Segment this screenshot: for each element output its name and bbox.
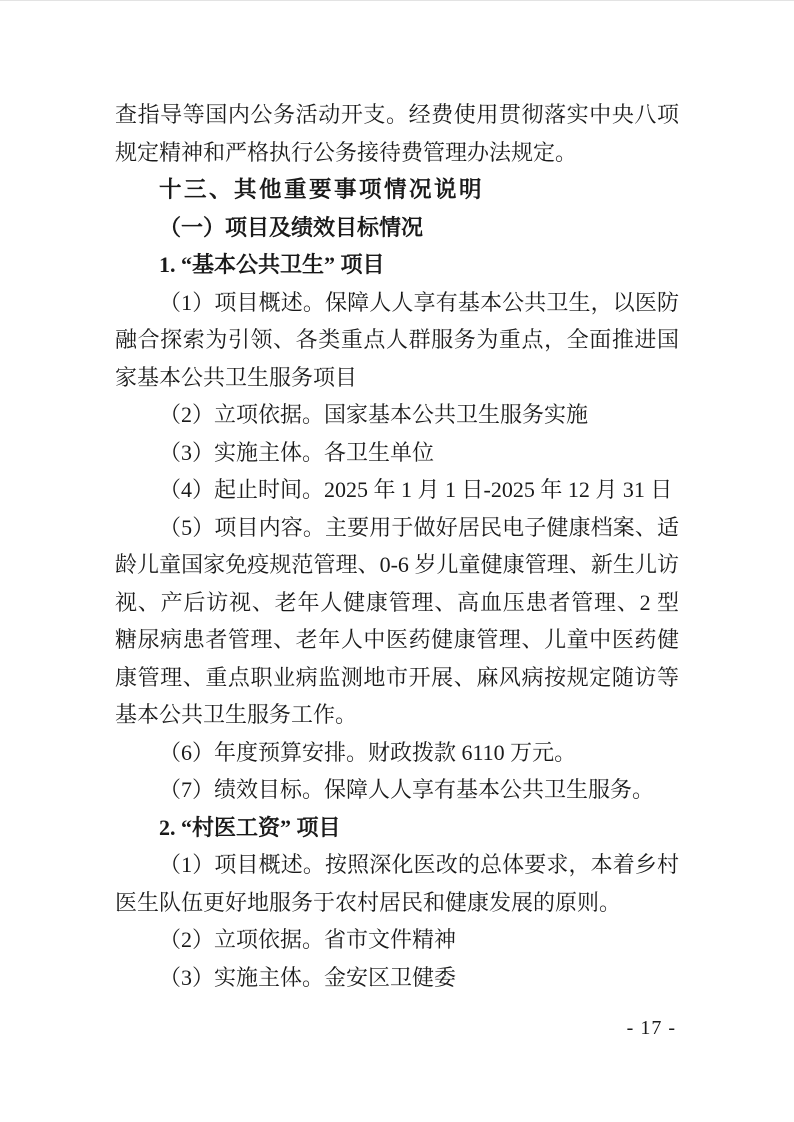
paragraph-project2-overview: （1）项目概述。按照深化医改的总体要求，本着乡村医生队伍更好地服务于农村居民和健… — [115, 846, 679, 921]
subsection-heading-1: （一）项目及绩效目标情况 — [115, 209, 679, 247]
project-heading-basic-public-health: 1. “基本公共卫生” 项目 — [115, 246, 679, 284]
paragraph-project1-budget: （6）年度预算安排。财政拨款 6110 万元。 — [115, 734, 679, 772]
paragraph-continuation: 查指导等国内公务活动开支。经费使用贯彻落实中央八项规定精神和严格执行公务接待费管… — [115, 96, 679, 171]
page-number: - 17 - — [627, 1017, 676, 1040]
document-body: 查指导等国内公务活动开支。经费使用贯彻落实中央八项规定精神和严格执行公务接待费管… — [115, 96, 679, 996]
paragraph-project1-overview: （1）项目概述。保障人人享有基本公共卫生，以医防融合探索为引领、各类重点人群服务… — [115, 284, 679, 397]
paragraph-project2-implementer: （3）实施主体。金安区卫健委 — [115, 959, 679, 997]
section-heading-13: 十三、其他重要事项情况说明 — [115, 171, 679, 209]
document-page: 查指导等国内公务活动开支。经费使用贯彻落实中央八项规定精神和严格执行公务接待费管… — [0, 0, 794, 1122]
paragraph-project1-goal: （7）绩效目标。保障人人享有基本公共卫生服务。 — [115, 771, 679, 809]
paragraph-project1-basis: （2）立项依据。国家基本公共卫生服务实施 — [115, 396, 679, 434]
paragraph-project1-implementer: （3）实施主体。各卫生单位 — [115, 434, 679, 472]
paragraph-project1-dates: （4）起止时间。2025 年 1 月 1 日-2025 年 12 月 31 日 — [115, 471, 679, 509]
paragraph-project1-content: （5）项目内容。主要用于做好居民电子健康档案、适龄儿童国家免疫规范管理、0-6 … — [115, 509, 679, 734]
paragraph-project2-basis: （2）立项依据。省市文件精神 — [115, 921, 679, 959]
project-heading-village-doctor-salary: 2. “村医工资” 项目 — [115, 809, 679, 847]
